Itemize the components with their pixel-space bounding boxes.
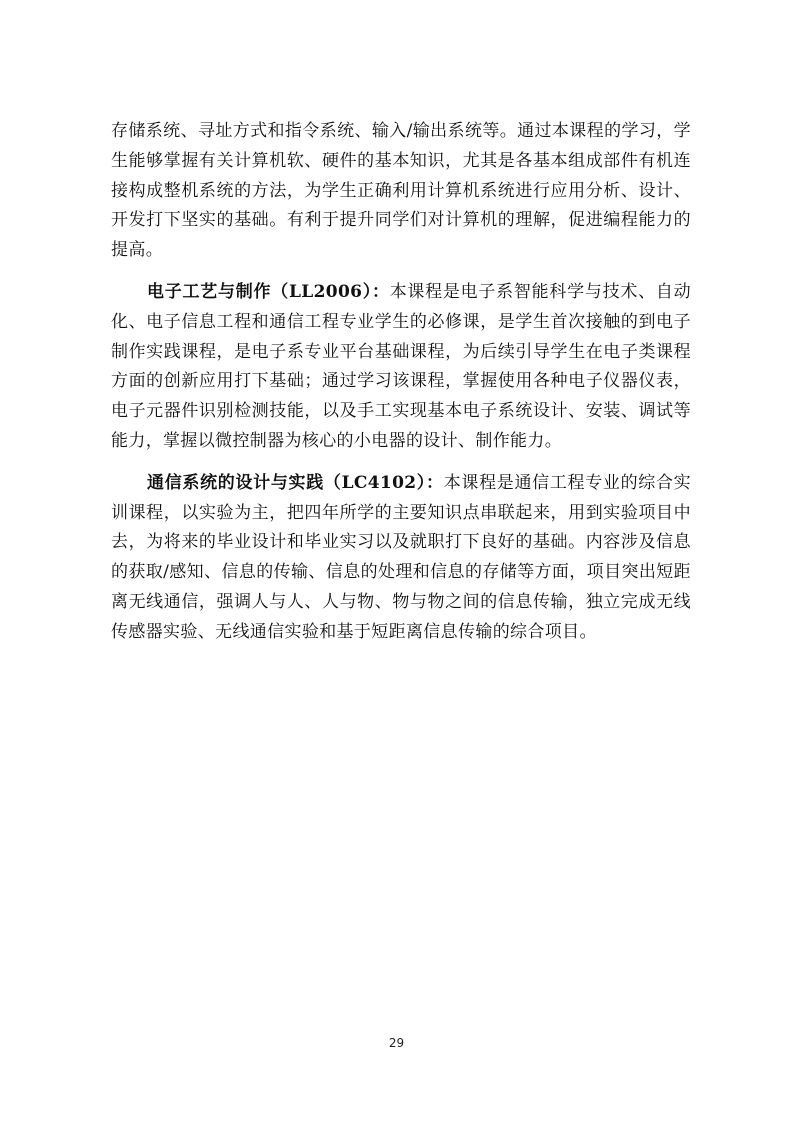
paragraph-text: 存储系统、寻址方式和指令系统、输入/输出系统等。通过本课程的学习，学生能够掌握有… [111, 121, 691, 260]
document-body: 存储系统、寻址方式和指令系统、输入/输出系统等。通过本课程的学习，学生能够掌握有… [111, 117, 691, 648]
course-title: 通信系统的设计与实践（LC4102）： [147, 473, 444, 493]
page-number: 29 [0, 1036, 793, 1050]
paragraph-electronic-craft: 电子工艺与制作（LL2006）：本课程是电子系智能科学与技术、自动化、电子信息工… [111, 278, 691, 457]
paragraph-computer-organization: 存储系统、寻址方式和指令系统、输入/输出系统等。通过本课程的学习，学生能够掌握有… [111, 117, 691, 266]
paragraph-text: 本课程是通信工程专业的综合实训课程，以实验为主，把四年所学的主要知识点串联起来，… [111, 473, 691, 642]
course-title: 电子工艺与制作（LL2006）： [147, 282, 390, 302]
paragraph-text: 本课程是电子系智能科学与技术、自动化、电子信息工程和通信工程专业学生的必修课，是… [111, 282, 691, 451]
paragraph-communication-system: 通信系统的设计与实践（LC4102）：本课程是通信工程专业的综合实训课程，以实验… [111, 469, 691, 648]
